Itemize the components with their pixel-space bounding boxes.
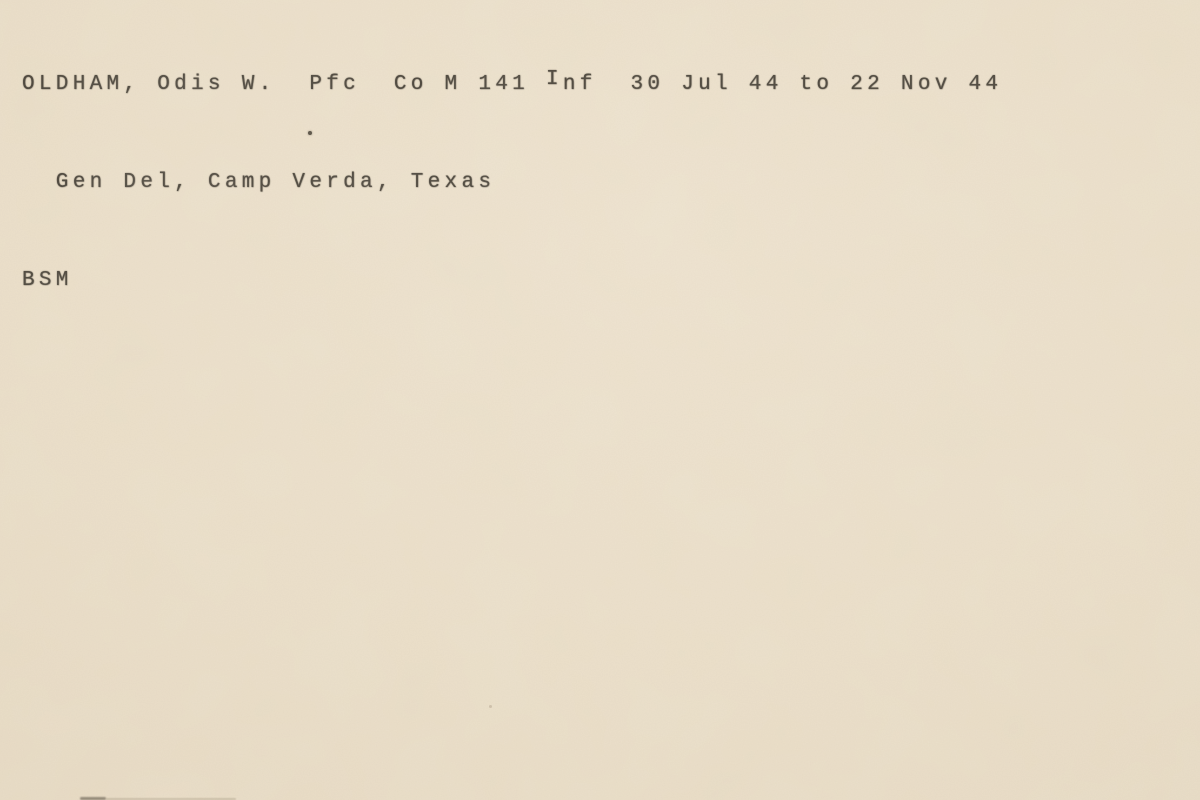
typed-line-3: BSM: [22, 265, 1002, 298]
index-card: OLDHAM, Odis W. Pfc Co M 141 Inf 30 Jul …: [0, 0, 1200, 800]
typed-line-1: OLDHAM, Odis W. Pfc Co M 141 Inf 30 Jul …: [22, 69, 1002, 102]
line1-raised-char: I: [546, 68, 563, 91]
ink-speck-faint: [489, 705, 492, 708]
line1-pre: OLDHAM, Odis W. Pfc Co M 141: [22, 73, 546, 96]
typed-line-2: Gen Del, Camp Verda, Texas: [22, 167, 1002, 200]
typed-text-block: OLDHAM, Odis W. Pfc Co M 141 Inf 30 Jul …: [22, 3, 1002, 364]
line1-post: nf 30 Jul 44 to 22 Nov 44: [563, 73, 1002, 96]
ink-speck: [308, 131, 312, 135]
